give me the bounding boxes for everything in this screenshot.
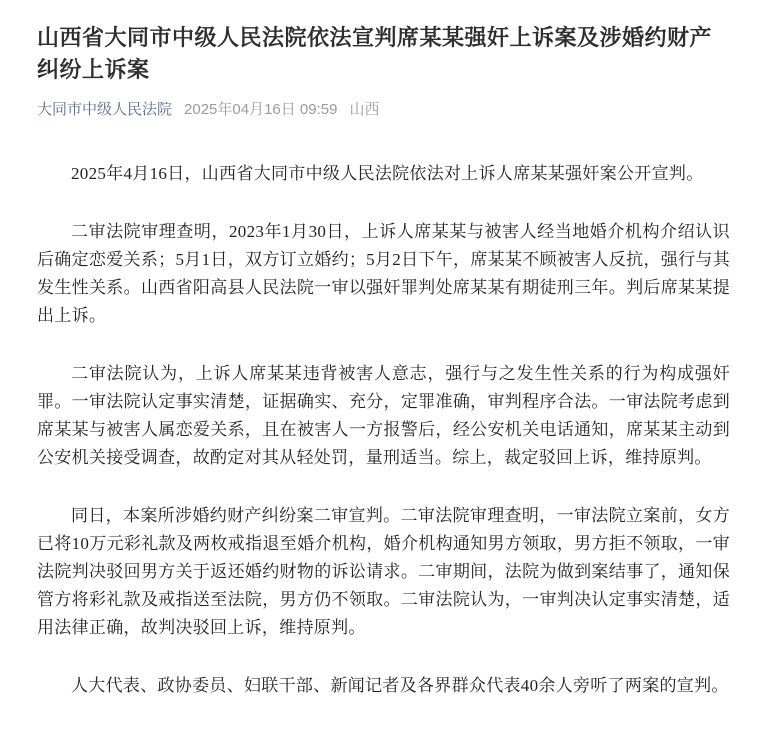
account-name-link[interactable]: 大同市中级人民法院: [37, 100, 172, 120]
article-title: 山西省大同市中级人民法院依法宣判席某某强奸上诉案及涉婚约财产纠纷上诉案: [37, 22, 730, 86]
publish-datetime: 2025年04月16日 09:59: [184, 100, 337, 120]
article-paragraph: 人大代表、政协委员、妇联干部、新闻记者及各界群众代表40余人旁听了两案的宣判。: [37, 672, 730, 700]
article-paragraph: 同日，本案所涉婚约财产纠纷案二审宣判。二审法院审理查明，一审法院立案前，女方已将…: [37, 502, 730, 642]
article-byline: 大同市中级人民法院 2025年04月16日 09:59 山西: [37, 100, 730, 120]
article-paragraph: 2025年4月16日，山西省大同市中级人民法院依法对上诉人席某某强奸案公开宣判。: [37, 160, 730, 188]
article-paragraph: 二审法院认为，上诉人席某某违背被害人意志，强行与之发生性关系的行为构成强奸罪。一…: [37, 360, 730, 472]
publish-location: 山西: [349, 100, 379, 120]
article-page: 山西省大同市中级人民法院依法宣判席某某强奸上诉案及涉婚约财产纠纷上诉案 大同市中…: [0, 0, 767, 753]
article-body: 2025年4月16日，山西省大同市中级人民法院依法对上诉人席某某强奸案公开宣判。…: [37, 160, 730, 701]
article-paragraph: 二审法院审理查明，2023年1月30日，上诉人席某某与被害人经当地婚介机构介绍认…: [37, 218, 730, 330]
